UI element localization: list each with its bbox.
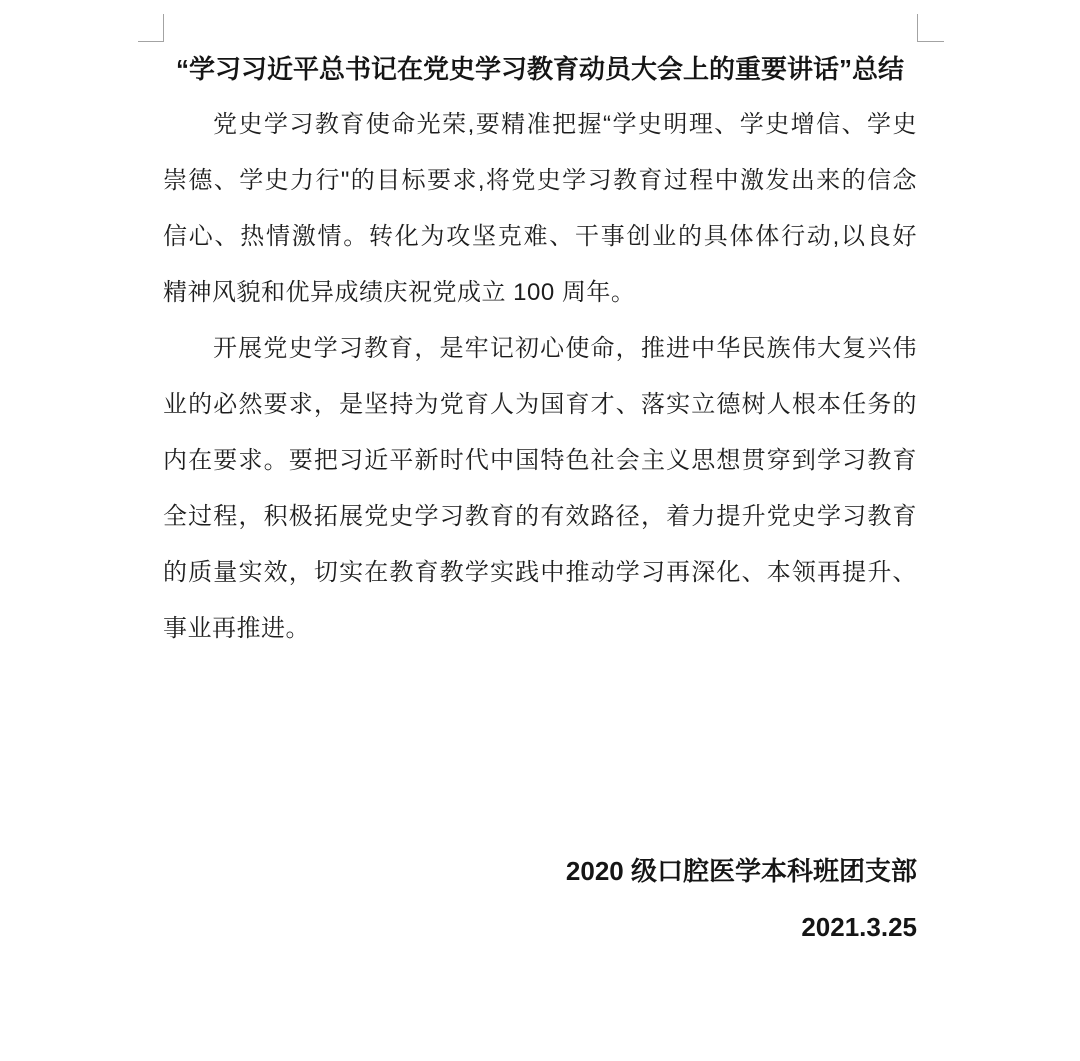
crop-mark-top-left-horizontal	[138, 41, 164, 42]
paragraph-1: 党史学习教育使命光荣,要精准把握“学史明理、学史增信、学史 崇德、学史力行"的目…	[163, 97, 917, 321]
crop-mark-top-right-vertical	[917, 14, 918, 42]
paragraph-line: 内在要求。要把习近平新时代中国特色社会主义思想贯穿到学习教育	[163, 433, 917, 489]
crop-mark-top-right-horizontal	[917, 41, 944, 42]
crop-mark-top-left-vertical	[163, 14, 164, 42]
document-page: “学习习近平总书记在党史学习教育动员大会上的重要讲话”总结 党史学习教育使命光荣…	[0, 0, 1080, 1061]
paragraph-line: 事业再推进。	[163, 601, 917, 657]
document-title: “学习习近平总书记在党史学习教育动员大会上的重要讲话”总结	[163, 41, 917, 97]
paragraph-line: 精神风貌和优异成绩庆祝党成立 100 周年。	[163, 265, 917, 321]
paragraph-2: 开展党史学习教育，是牢记初心使命，推进中华民族伟大复兴伟 业的必然要求，是坚持为…	[163, 321, 917, 657]
paragraph-line: 党史学习教育使命光荣,要精准把握“学史明理、学史增信、学史	[163, 97, 917, 153]
paragraph-line: 崇德、学史力行"的目标要求,将党史学习教育过程中激发出来的信念	[163, 153, 917, 209]
paragraph-line: 全过程，积极拓展党史学习教育的有效路径，着力提升党史学习教育	[163, 489, 917, 545]
paragraph-line: 业的必然要求，是坚持为党育人为国育才、落实立德树人根本任务的	[163, 377, 917, 433]
paragraph-line: 的质量实效，切实在教育教学实践中推动学习再深化、本领再提升、	[163, 545, 917, 601]
paragraph-line: 信心、热情激情。转化为攻坚克难、干事创业的具体体行动,以良好	[163, 209, 917, 265]
signature-block: 2020 级口腔医学本科班团支部 2021.3.25	[163, 843, 917, 955]
date: 2021.3.25	[163, 899, 917, 955]
signature: 2020 级口腔医学本科班团支部	[163, 843, 917, 899]
paragraph-line: 开展党史学习教育，是牢记初心使命，推进中华民族伟大复兴伟	[163, 321, 917, 377]
document-content: “学习习近平总书记在党史学习教育动员大会上的重要讲话”总结 党史学习教育使命光荣…	[163, 41, 917, 955]
